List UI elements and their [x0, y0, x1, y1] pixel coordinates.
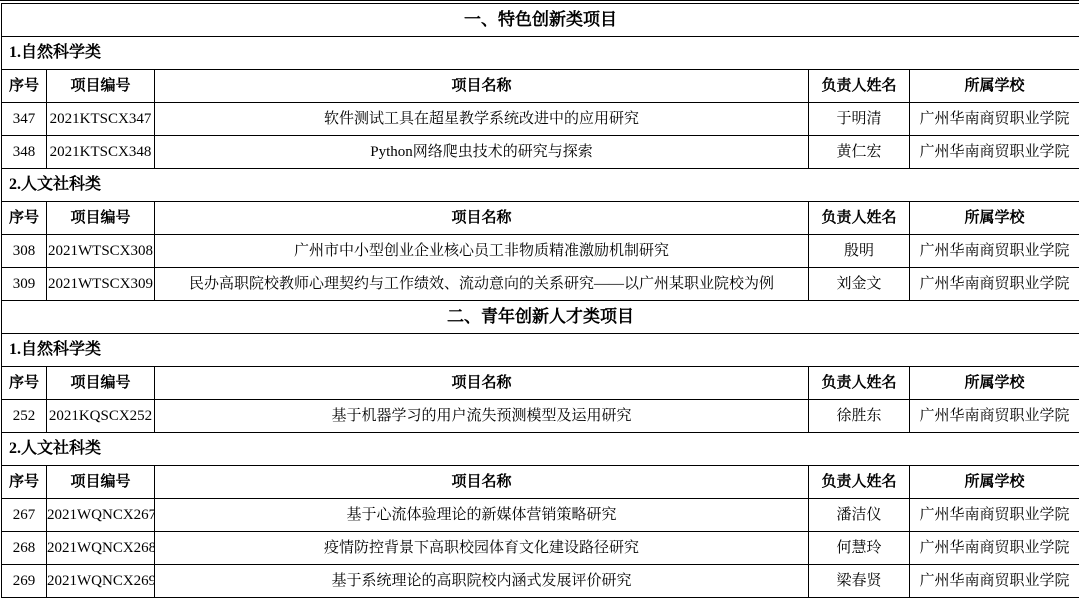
cell-name: 疫情防控背景下高职校园体育文化建设路径研究: [155, 532, 809, 565]
cell-school: 广州华南商贸职业学院: [910, 136, 1079, 169]
cell-no: 252: [2, 400, 47, 433]
cell-school: 广州华南商贸职业学院: [910, 103, 1079, 136]
cell-no: 269: [2, 565, 47, 598]
cell-no: 309: [2, 268, 47, 301]
cell-no: 308: [2, 235, 47, 268]
cell-no: 268: [2, 532, 47, 565]
column-header-row: 序号 项目编号 项目名称 负责人姓名 所属学校: [2, 70, 1079, 103]
col-header-code: 项目编号: [47, 466, 155, 499]
cell-school: 广州华南商贸职业学院: [910, 235, 1079, 268]
part1-sub2-section-row: 2.人文社科类: [2, 169, 1079, 202]
col-header-leader: 负责人姓名: [809, 466, 910, 499]
cell-school: 广州华南商贸职业学院: [910, 499, 1079, 532]
cell-name: 基于心流体验理论的新媒体营销策略研究: [155, 499, 809, 532]
table-row: 347 2021KTSCX347 软件测试工具在超星教学系统改进中的应用研究 于…: [2, 103, 1079, 136]
col-header-code: 项目编号: [47, 367, 155, 400]
col-header-school: 所属学校: [910, 202, 1079, 235]
col-header-code: 项目编号: [47, 202, 155, 235]
cell-leader: 潘洁仪: [809, 499, 910, 532]
cell-code: 2021WQNCX269: [47, 565, 155, 598]
cell-code: 2021WQNCX267: [47, 499, 155, 532]
cell-leader: 黄仁宏: [809, 136, 910, 169]
col-header-name: 项目名称: [155, 367, 809, 400]
cell-code: 2021WTSCX308: [47, 235, 155, 268]
table-row: 269 2021WQNCX269 基于系统理论的高职院校内涵式发展评价研究 梁春…: [2, 565, 1079, 598]
cell-leader: 刘金文: [809, 268, 910, 301]
column-header-row: 序号 项目编号 项目名称 负责人姓名 所属学校: [2, 466, 1079, 499]
part1-sub1-section-row: 1.自然科学类: [2, 37, 1079, 70]
column-header-row: 序号 项目编号 项目名称 负责人姓名 所属学校: [2, 367, 1079, 400]
cell-leader: 何慧玲: [809, 532, 910, 565]
part1-title: 一、特色创新类项目: [2, 4, 1079, 37]
col-header-no: 序号: [2, 202, 47, 235]
cell-leader: 于明清: [809, 103, 910, 136]
part2-sub2-section-row: 2.人文社科类: [2, 433, 1079, 466]
cell-school: 广州华南商贸职业学院: [910, 268, 1079, 301]
cell-name: Python网络爬虫技术的研究与探索: [155, 136, 809, 169]
part1-title-row: 一、特色创新类项目: [2, 4, 1079, 37]
cell-name: 软件测试工具在超星教学系统改进中的应用研究: [155, 103, 809, 136]
cell-no: 347: [2, 103, 47, 136]
cell-code: 2021KTSCX348: [47, 136, 155, 169]
cell-leader: 徐胜东: [809, 400, 910, 433]
col-header-leader: 负责人姓名: [809, 202, 910, 235]
cell-no: 267: [2, 499, 47, 532]
col-header-no: 序号: [2, 367, 47, 400]
table-row: 267 2021WQNCX267 基于心流体验理论的新媒体营销策略研究 潘洁仪 …: [2, 499, 1079, 532]
cell-school: 广州华南商贸职业学院: [910, 400, 1079, 433]
col-header-name: 项目名称: [155, 466, 809, 499]
cell-code: 2021WTSCX309: [47, 268, 155, 301]
col-header-code: 项目编号: [47, 70, 155, 103]
cell-leader: 殷明: [809, 235, 910, 268]
part2-title: 二、青年创新人才类项目: [2, 301, 1079, 334]
table-row: 309 2021WTSCX309 民办高职院校教师心理契约与工作绩效、流动意向的…: [2, 268, 1079, 301]
part2-sub1-section-row: 1.自然科学类: [2, 334, 1079, 367]
cell-school: 广州华南商贸职业学院: [910, 532, 1079, 565]
col-header-school: 所属学校: [910, 367, 1079, 400]
col-header-no: 序号: [2, 70, 47, 103]
section-label: 2.人文社科类: [2, 169, 1079, 202]
table-row: 308 2021WTSCX308 广州市中小型创业企业核心员工非物质精准激励机制…: [2, 235, 1079, 268]
column-header-row: 序号 项目编号 项目名称 负责人姓名 所属学校: [2, 202, 1079, 235]
part2-title-row: 二、青年创新人才类项目: [2, 301, 1079, 334]
cell-name: 基于系统理论的高职院校内涵式发展评价研究: [155, 565, 809, 598]
col-header-no: 序号: [2, 466, 47, 499]
top-hairline: [0, 0, 1079, 1]
cell-leader: 梁春贤: [809, 565, 910, 598]
cell-name: 民办高职院校教师心理契约与工作绩效、流动意向的关系研究——以广州某职业院校为例: [155, 268, 809, 301]
document-page: 一、特色创新类项目 1.自然科学类 序号 项目编号 项目名称 负责人姓名 所属学…: [0, 0, 1079, 615]
cell-no: 348: [2, 136, 47, 169]
table-row: 268 2021WQNCX268 疫情防控背景下高职校园体育文化建设路径研究 何…: [2, 532, 1079, 565]
cell-code: 2021KTSCX347: [47, 103, 155, 136]
col-header-leader: 负责人姓名: [809, 367, 910, 400]
table-row: 348 2021KTSCX348 Python网络爬虫技术的研究与探索 黄仁宏 …: [2, 136, 1079, 169]
section-label: 1.自然科学类: [2, 334, 1079, 367]
cell-name: 基于机器学习的用户流失预测模型及运用研究: [155, 400, 809, 433]
col-header-school: 所属学校: [910, 70, 1079, 103]
table-row: 252 2021KQSCX252 基于机器学习的用户流失预测模型及运用研究 徐胜…: [2, 400, 1079, 433]
cell-code: 2021WQNCX268: [47, 532, 155, 565]
cell-school: 广州华南商贸职业学院: [910, 565, 1079, 598]
col-header-name: 项目名称: [155, 70, 809, 103]
cell-code: 2021KQSCX252: [47, 400, 155, 433]
col-header-school: 所属学校: [910, 466, 1079, 499]
section-label: 1.自然科学类: [2, 37, 1079, 70]
col-header-leader: 负责人姓名: [809, 70, 910, 103]
project-table: 一、特色创新类项目 1.自然科学类 序号 项目编号 项目名称 负责人姓名 所属学…: [1, 3, 1079, 598]
col-header-name: 项目名称: [155, 202, 809, 235]
section-label: 2.人文社科类: [2, 433, 1079, 466]
cell-name: 广州市中小型创业企业核心员工非物质精准激励机制研究: [155, 235, 809, 268]
